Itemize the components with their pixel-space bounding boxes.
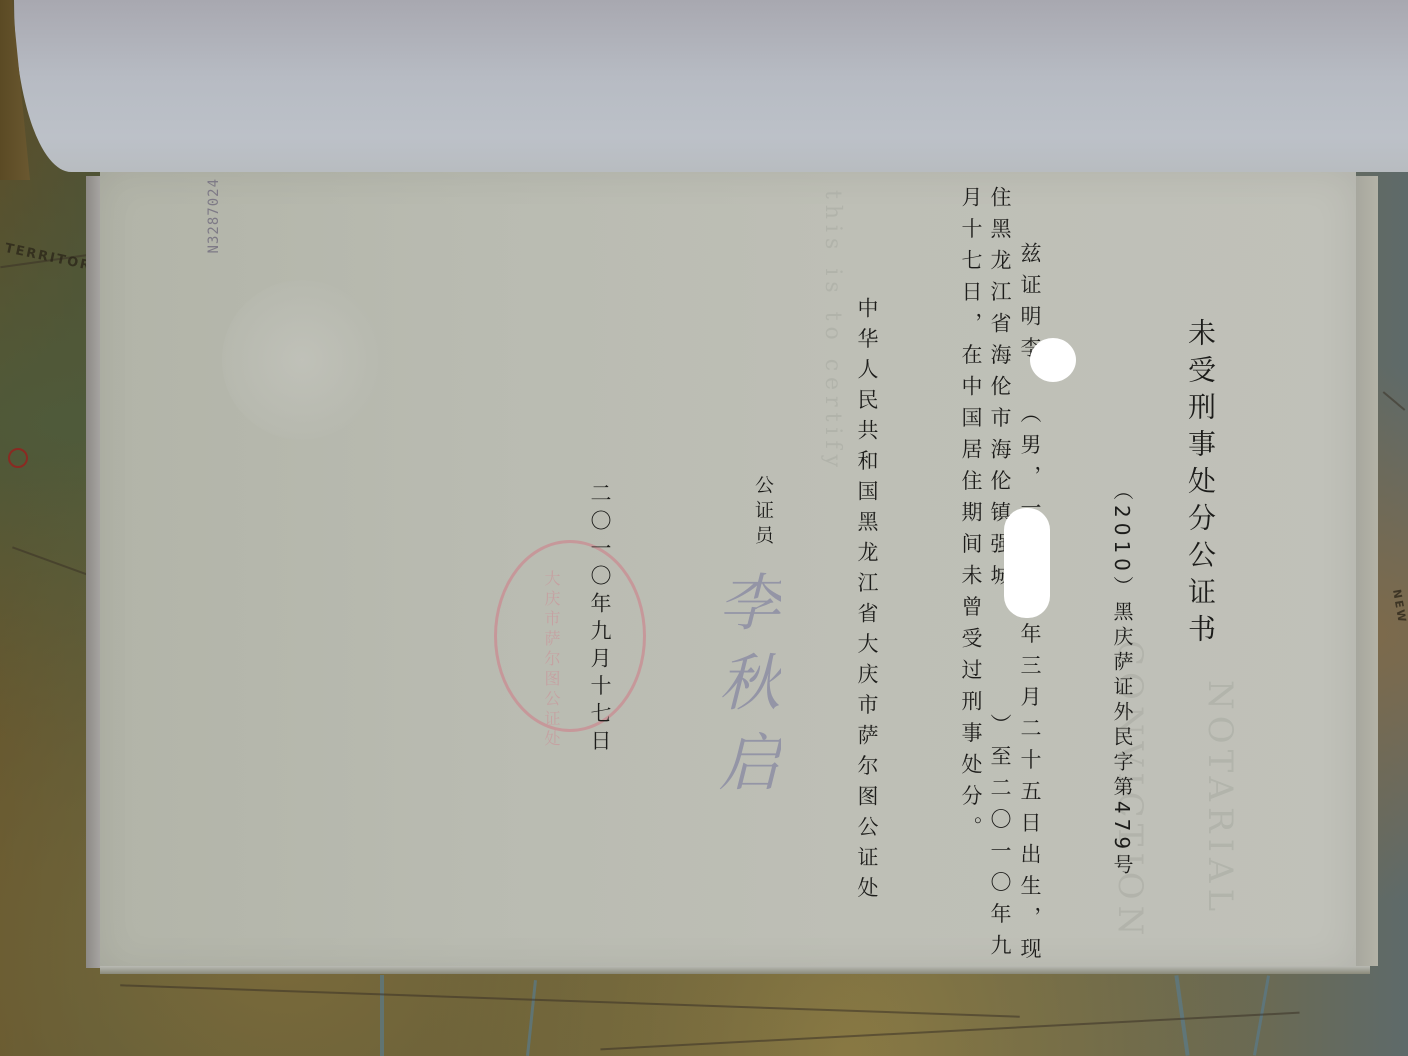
official-seal-stamp	[494, 540, 646, 732]
map-label: TERRITOR	[3, 241, 93, 274]
map-river	[380, 975, 384, 1056]
map-border-line	[1383, 391, 1406, 411]
cover-page	[14, 0, 1408, 172]
embossed-seal-watermark	[222, 280, 382, 440]
serial-number: N3287024	[206, 178, 222, 253]
map-border-line	[120, 984, 1020, 1017]
show-through-text: NOTARIAL	[1200, 680, 1240, 917]
document-number: （2010）黑庆萨证外民字第479号	[1108, 480, 1137, 879]
map-border-line	[600, 1012, 1299, 1051]
body-line-2-rest: ）至二〇一〇年九	[988, 714, 1012, 966]
map-river	[1174, 975, 1189, 1056]
notary-label: 公证员	[750, 475, 777, 550]
show-through-text: this is to certify	[820, 190, 845, 473]
certificate-title: 未受刑事处分公证书	[1180, 318, 1220, 651]
body-line-3: 月十七日，在中国居住期间未曾受过刑事处分。	[956, 186, 986, 848]
issuing-office: 中华人民共和国黑龙江省大庆市萨尔图公证处	[852, 297, 882, 907]
paper-edge-right	[1356, 176, 1378, 966]
map-river	[526, 980, 537, 1056]
redaction-address	[1004, 508, 1050, 618]
notary-signature: 李秋启	[700, 570, 789, 810]
map-city-marker-icon	[8, 448, 28, 468]
issue-date: 二〇一〇年九月十七日	[585, 482, 615, 757]
paper-edge-bottom	[100, 966, 1370, 974]
seal-text: 大庆市萨尔图公证处	[540, 570, 563, 750]
redaction-name	[1030, 338, 1076, 382]
body-line-1-rest: （男，一九六九年三月二十五日出生，现	[1018, 402, 1042, 969]
map-border-line	[12, 546, 88, 575]
map-label: NEW	[1390, 588, 1408, 625]
